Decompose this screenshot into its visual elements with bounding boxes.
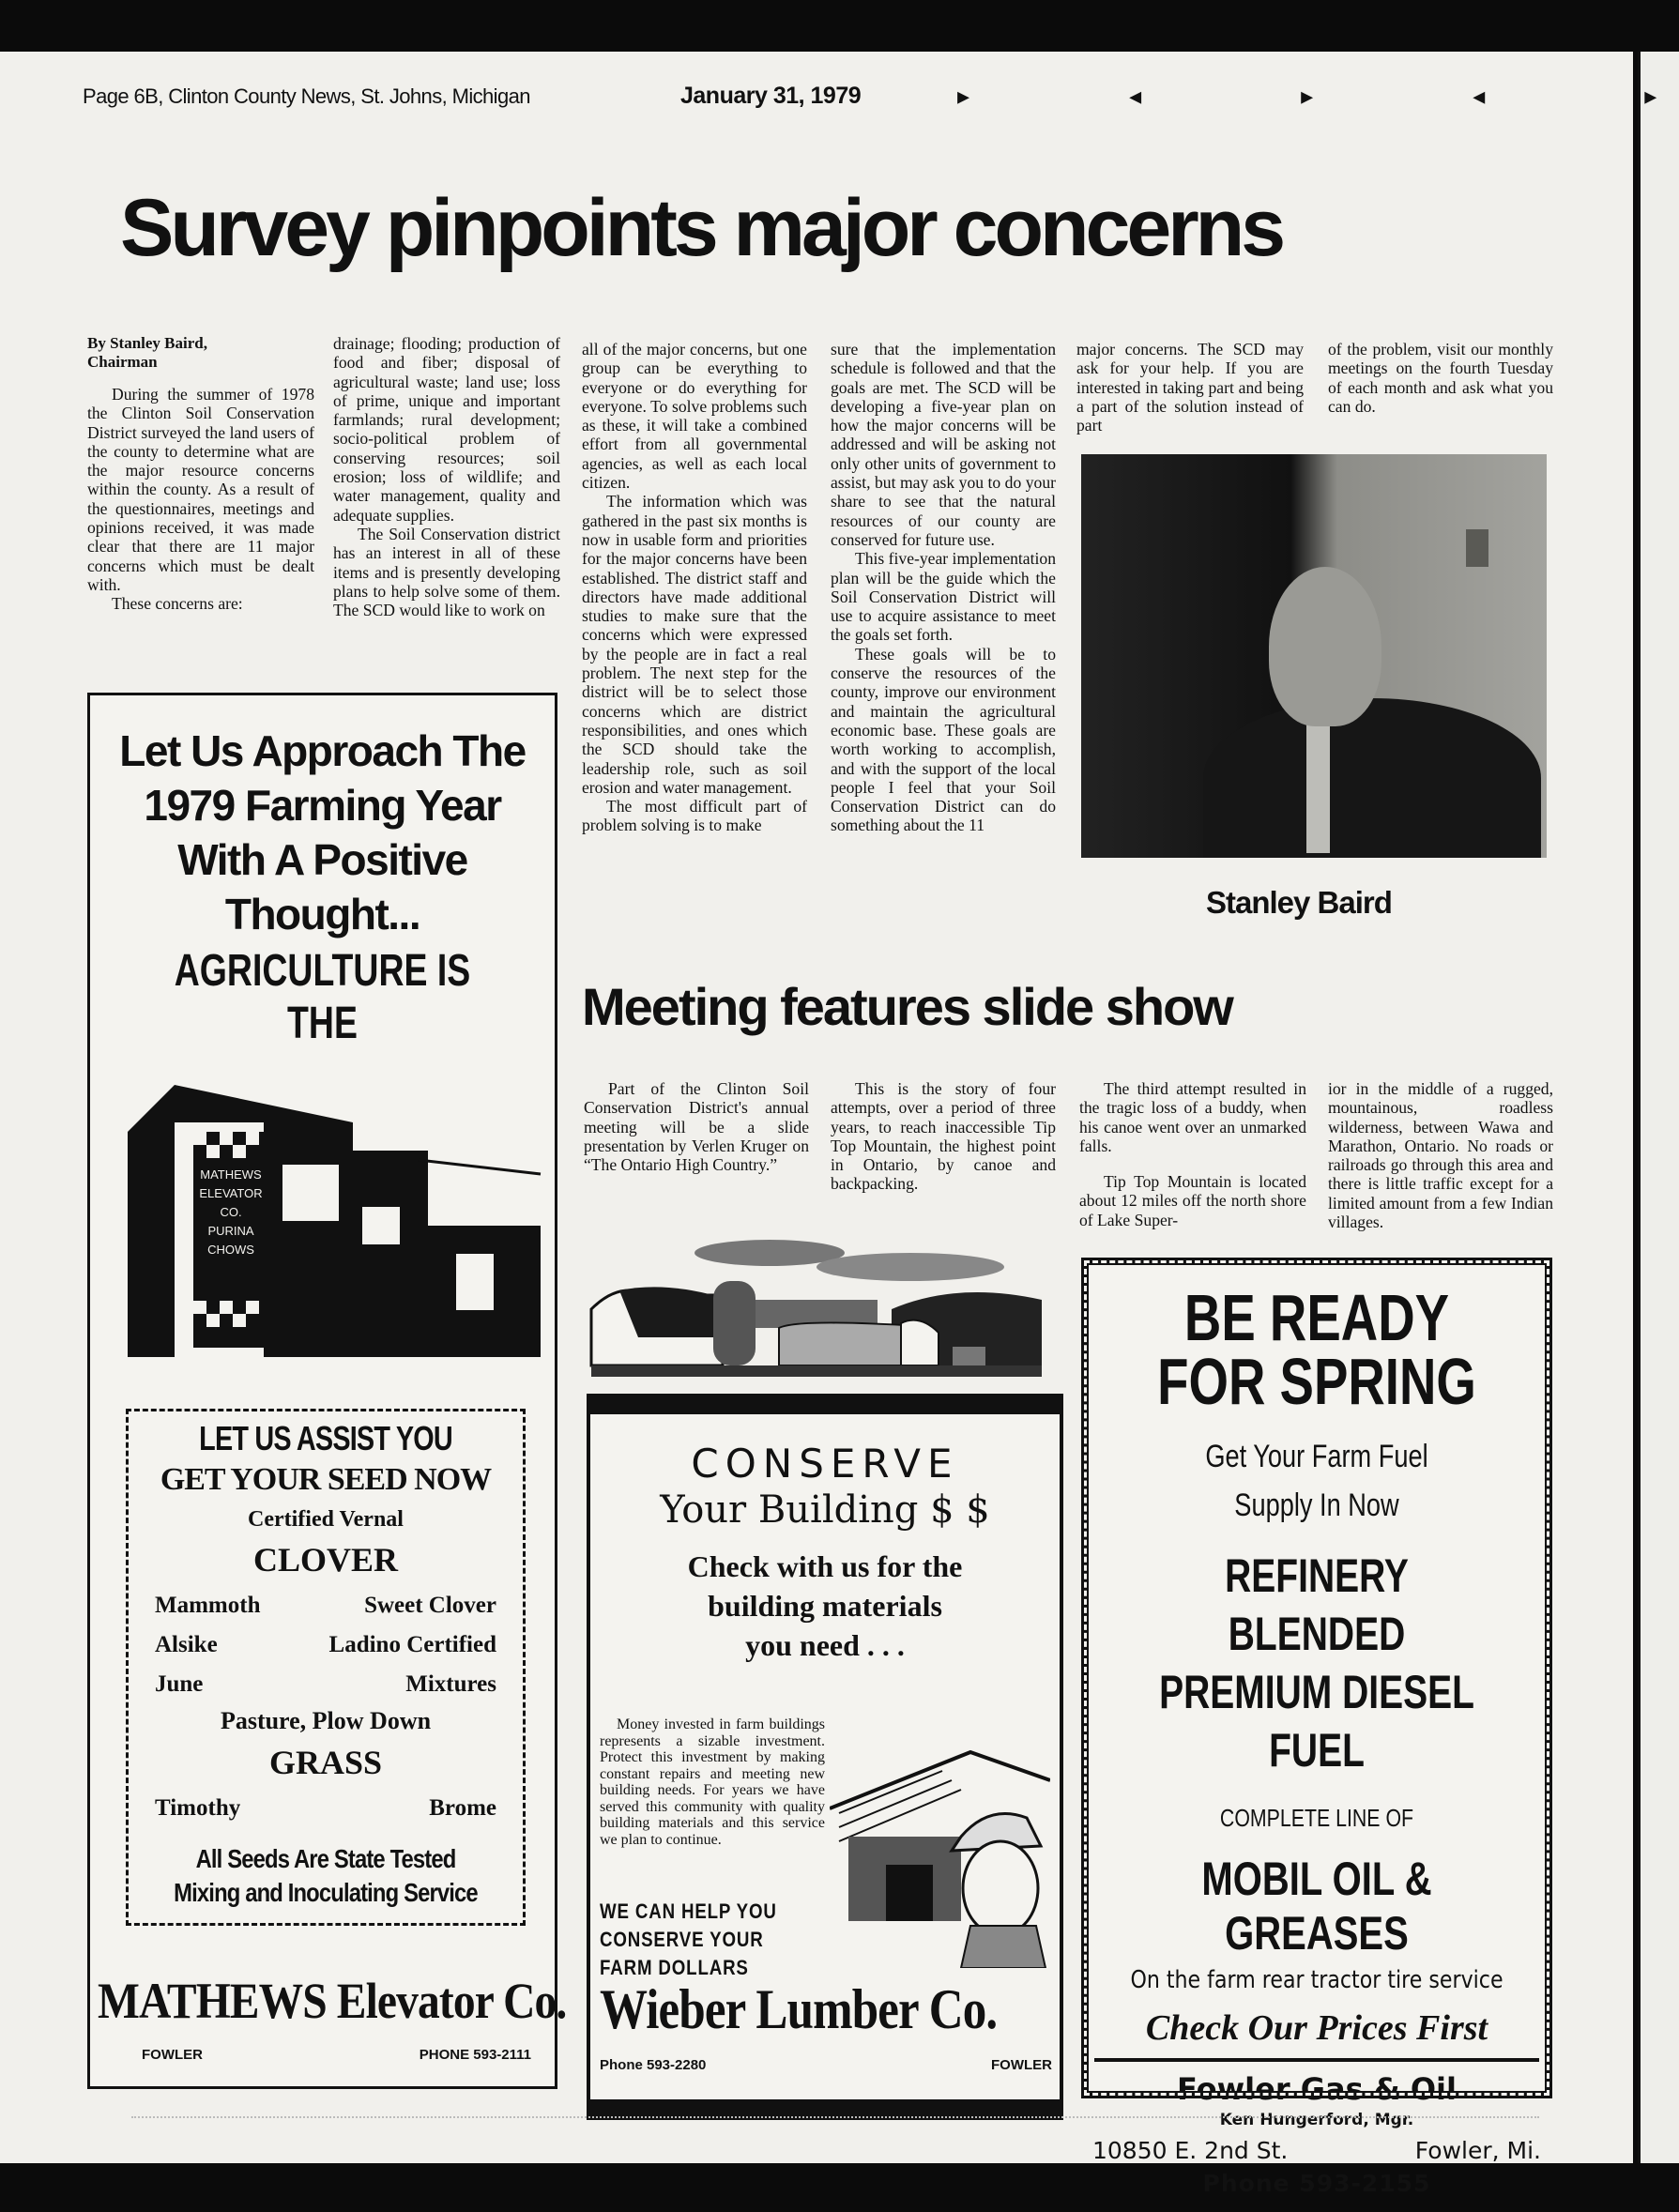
article-headline: Survey pinpoints major concerns xyxy=(120,188,1282,268)
article-column-4: sure that the implementation schedule is… xyxy=(831,340,1056,835)
svg-text:ELEVATOR: ELEVATOR xyxy=(199,1186,262,1200)
ad-phone: PHONE 593-2111 xyxy=(420,2047,531,2063)
farmer-illustration xyxy=(830,1724,1050,1968)
portrait-body xyxy=(1203,698,1541,858)
mathews-elevator-ad: Let Us Approach The 1979 Farming Year Wi… xyxy=(87,693,557,2089)
svg-text:CO.: CO. xyxy=(220,1205,241,1219)
article2-column-3: The third attempt resulted in the tragic… xyxy=(1079,1079,1306,1229)
ad-body-copy: Money invested in farm buildings represe… xyxy=(600,1716,825,1848)
article-column-3: all of the major concerns, but one group… xyxy=(582,340,807,835)
fowler-company-name: Fowler Gas & Oil xyxy=(1089,2071,1545,2107)
article2-column-4: ior in the middle of a rugged, mountaino… xyxy=(1328,1079,1553,1231)
seed-row: TimothyBrome xyxy=(129,1795,523,1822)
article-column-2: drainage; flooding; production of food a… xyxy=(333,334,560,619)
page-folio: Page 6B, Clinton County News, St. Johns,… xyxy=(83,84,530,109)
seed-row: AlsikeLadino Certified xyxy=(129,1632,523,1658)
light-switch xyxy=(1466,529,1488,567)
mathews-company-name: MATHEWS Elevator Co. xyxy=(98,1972,493,2030)
ad-divider xyxy=(1094,2058,1539,2062)
svg-text:CHOWS: CHOWS xyxy=(207,1243,254,1257)
article2-column-1: Part of the Clinton Soil Conservation Di… xyxy=(584,1079,809,1174)
ad-town: FOWLER xyxy=(991,2057,1052,2073)
seed-offer-box: LET US ASSIST YOU GET YOUR SEED NOW Cert… xyxy=(126,1409,526,1926)
fowler-gas-oil-ad: BE READY FOR SPRING Get Your Farm Fuel S… xyxy=(1081,1258,1552,2098)
registration-marks: ▸◂▸◂▸ xyxy=(957,83,1679,111)
article2-headline: Meeting features slide show xyxy=(582,976,1232,1037)
page-bottom-rule xyxy=(131,2116,1539,2131)
ad-call-to-action: WE CAN HELP YOU CONSERVE YOUR FARM DOLLA… xyxy=(600,1898,777,1982)
ad-town: FOWLER xyxy=(142,2047,203,2063)
article-column-6: of the problem, visit our monthly meetin… xyxy=(1328,340,1553,416)
issue-date: January 31, 1979 xyxy=(680,83,861,110)
svg-text:MATHEWS: MATHEWS xyxy=(200,1167,262,1182)
article2-column-2: This is the story of four attempts, over… xyxy=(831,1079,1056,1194)
article-column-1: By Stanley Baird,Chairman During the sum… xyxy=(87,334,314,614)
article-column-5: major concerns. The SCD may ask for your… xyxy=(1076,340,1304,435)
ad-phone: Phone 593-2280 xyxy=(600,2057,706,2073)
seed-row: MammothSweet Clover xyxy=(129,1593,523,1619)
adjacent-page-edge xyxy=(1638,52,1679,2163)
ad-phone: Phone 593-2155 xyxy=(1089,2170,1545,2197)
portrait-head xyxy=(1269,567,1381,726)
portrait-shirt xyxy=(1306,722,1330,853)
seed-row: JuneMixtures xyxy=(129,1671,523,1698)
portrait-photo xyxy=(1081,454,1547,858)
ad-headline: Let Us Approach The 1979 Farming Year Wi… xyxy=(90,724,555,941)
svg-text:PURINA: PURINA xyxy=(207,1224,253,1238)
elevator-building-illustration: MATHEWS ELEVATOR CO. PURINA CHOWS xyxy=(99,1057,545,1366)
farm-illustration xyxy=(582,1225,1056,1384)
photo-caption: Stanley Baird xyxy=(1206,885,1392,921)
wieber-company-name: Wieber Lumber Co. xyxy=(600,1977,983,2042)
byline: By Stanley Baird,Chairman xyxy=(87,334,314,372)
wieber-lumber-ad: CONSERVE Your Building $ $ Check with us… xyxy=(587,1394,1063,2120)
